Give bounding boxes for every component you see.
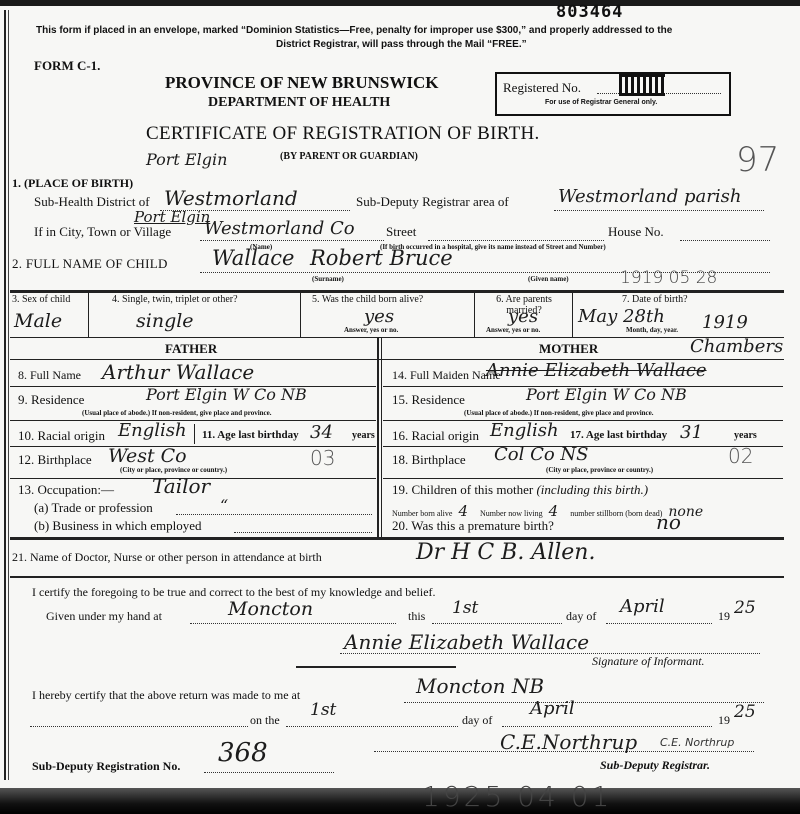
page-border-left-inner	[8, 10, 9, 780]
footer-pencil-date: 1925 04 01	[422, 780, 612, 813]
mother-name-label: 14. Full Maiden Name	[392, 368, 501, 383]
mother-children-label: 19. Children of this mother (including t…	[392, 482, 648, 498]
sex-value: Male	[14, 310, 62, 332]
child-given-name: Robert Bruce	[310, 246, 453, 270]
father-heading: FATHER	[165, 341, 217, 357]
mother-birthplace-code: 02	[728, 444, 753, 468]
father-age-label: 11. Age last birthday	[202, 429, 299, 441]
mother-racial-value: English	[490, 420, 559, 441]
informant-signature-caption: Signature of Informant.	[592, 654, 705, 669]
birth-certificate-page: 803464 This form if placed in an envelop…	[0, 0, 800, 814]
plurality-label: 4. Single, twin, triplet or other?	[112, 294, 238, 305]
certificate-title: CERTIFICATE OF REGISTRATION OF BIRTH.	[146, 123, 540, 145]
scan-bottom-edge	[0, 788, 800, 814]
margin-number: 97	[736, 140, 779, 180]
city-label: If in City, Town or Village	[34, 224, 171, 240]
province-heading: PROVINCE OF NEW BRUNSWICK	[165, 73, 438, 93]
given-name-caption: (Given name)	[528, 275, 569, 283]
certificate-subtitle: (BY PARENT OR GUARDIAN)	[280, 151, 418, 162]
given-place-value: Moncton	[228, 598, 313, 620]
father-age-unit: years	[352, 430, 375, 441]
city-value: Westmorland Co	[204, 218, 355, 239]
attendant-value: Dr H C B. Allen.	[416, 540, 595, 565]
registered-no-note: For use of Registrar General only.	[545, 99, 657, 106]
registrar-day-value: 1st	[310, 700, 336, 720]
registrar-month-value: April	[530, 698, 575, 719]
father-residence-label: 9. Residence	[18, 392, 84, 408]
informant-signature: Annie Elizabeth Wallace	[344, 630, 589, 654]
registered-no-scribble	[619, 74, 665, 96]
informant-day-of-label: day of	[566, 609, 596, 624]
father-residence-value: Port Elgin W Co NB	[146, 385, 307, 404]
child-surname: Wallace	[212, 246, 294, 270]
born-alive-label: 5. Was the child born alive?	[312, 294, 423, 305]
this-label: this	[408, 609, 425, 624]
born-alive-value: yes	[364, 306, 394, 327]
father-occupation-value: Tailor	[152, 474, 210, 498]
place-note-above: Port Elgin	[146, 150, 227, 169]
father-name-value: Arthur Wallace	[102, 360, 254, 384]
father-business-label: (b) Business in which employed	[34, 518, 202, 534]
plurality-value: single	[136, 310, 194, 332]
sub-deputy-area-label: Sub-Deputy Registrar area of	[356, 194, 509, 210]
street-label: Street	[386, 224, 416, 240]
scan-top-edge	[0, 0, 800, 6]
dob-year: 1919	[702, 312, 748, 333]
mother-heading: MOTHER	[539, 341, 598, 357]
father-occupation-label: 13. Occupation:—	[18, 482, 114, 498]
reg-no-value: 368	[218, 738, 268, 768]
reg-no-label: Sub-Deputy Registration No.	[32, 759, 180, 774]
father-trade-label: (a) Trade or profession	[34, 500, 153, 516]
mother-residence-caption: (Usual place of abode.) If non-resident,…	[464, 409, 654, 417]
married-caption: Answer, yes or no.	[486, 326, 540, 334]
mail-notice-line1: This form if placed in an envelope, mark…	[36, 25, 672, 36]
informant-month-value: April	[620, 596, 665, 617]
informant-year-prefix: 19	[718, 609, 730, 624]
married-value: yes	[508, 306, 538, 327]
attendant-label: 21. Name of Doctor, Nurse or other perso…	[12, 550, 322, 565]
informant-year-value: 25	[734, 598, 756, 618]
on-the-label: on the	[250, 713, 280, 728]
place-of-birth-label: 1. (PLACE OF BIRTH)	[12, 176, 133, 191]
page-border-left	[4, 10, 6, 780]
sub-deputy-area-value: Westmorland parish	[558, 186, 741, 207]
registered-no-label: Registered No.	[503, 80, 581, 96]
father-name-label: 8. Full Name	[18, 368, 81, 383]
dob-value: May 28th	[578, 306, 665, 327]
mother-racial-label: 16. Racial origin	[392, 428, 479, 444]
form-id: FORM C-1.	[34, 58, 100, 74]
child-name-label: 2. FULL NAME OF CHILD	[12, 256, 168, 272]
registrar-year-value: 25	[734, 702, 756, 722]
dob-label: 7. Date of birth?	[622, 294, 688, 305]
mother-age-label: 17. Age last birthday	[570, 429, 667, 441]
mail-notice-line2: District Registrar, will pass through th…	[276, 39, 527, 50]
department-heading: DEPARTMENT OF HEALTH	[208, 95, 390, 111]
mother-age-value: 31	[680, 422, 703, 443]
mother-birthplace-value: Col Co NS	[494, 444, 589, 465]
informant-day-value: 1st	[452, 598, 478, 618]
serial-number: 803464	[556, 2, 623, 22]
mother-name-correction: Chambers	[690, 336, 783, 357]
mother-age-unit: years	[734, 430, 757, 441]
registrar-day-of-label: day of	[462, 713, 492, 728]
sub-health-value: Westmorland	[164, 186, 298, 210]
father-residence-caption: (Usual place of abode.) If non-resident,…	[82, 409, 272, 417]
father-age-value: 34	[310, 422, 333, 443]
house-no-label: House No.	[608, 224, 664, 240]
registrar-name-print: C.E. Northrup	[660, 736, 734, 749]
premature-label: 20. Was this a premature birth?	[392, 518, 554, 534]
registered-number-box: Registered No. For use of Registrar Gene…	[495, 72, 731, 116]
mother-birthplace-label: 18. Birthplace	[392, 452, 466, 468]
child-date-pencil: 1919 05 28	[620, 268, 717, 288]
surname-caption: (Surname)	[312, 275, 344, 283]
mother-name-value: Annie Elizabeth Wallace	[486, 360, 707, 381]
father-racial-value: English	[118, 420, 187, 441]
father-birthplace-caption: (City or place, province or country.)	[120, 466, 227, 474]
father-birthplace-code: 03	[310, 446, 335, 470]
father-birthplace-value: West Co	[108, 445, 187, 467]
registrar-place-value: Moncton NB	[416, 674, 544, 698]
sub-health-label: Sub-Health District of	[34, 194, 150, 210]
born-alive-caption: Answer, yes or no.	[344, 326, 398, 334]
registrar-year-prefix: 19	[718, 713, 730, 728]
father-birthplace-label: 12. Birthplace	[18, 452, 92, 468]
registrar-caption: Sub-Deputy Registrar.	[600, 758, 710, 773]
mother-residence-value: Port Elgin W Co NB	[526, 385, 687, 404]
premature-value: no	[656, 510, 681, 534]
father-trade-value: “	[220, 496, 228, 515]
mother-residence-label: 15. Residence	[392, 392, 465, 408]
father-racial-label: 10. Racial origin	[18, 428, 105, 444]
dob-caption: Month, day, year.	[626, 326, 678, 334]
registrar-statement: I hereby certify that the above return w…	[32, 688, 300, 703]
sex-label: 3. Sex of child	[12, 294, 70, 305]
given-under-hand-label: Given under my hand at	[46, 609, 162, 624]
mother-birthplace-caption: (City or place, province or country.)	[546, 466, 653, 474]
